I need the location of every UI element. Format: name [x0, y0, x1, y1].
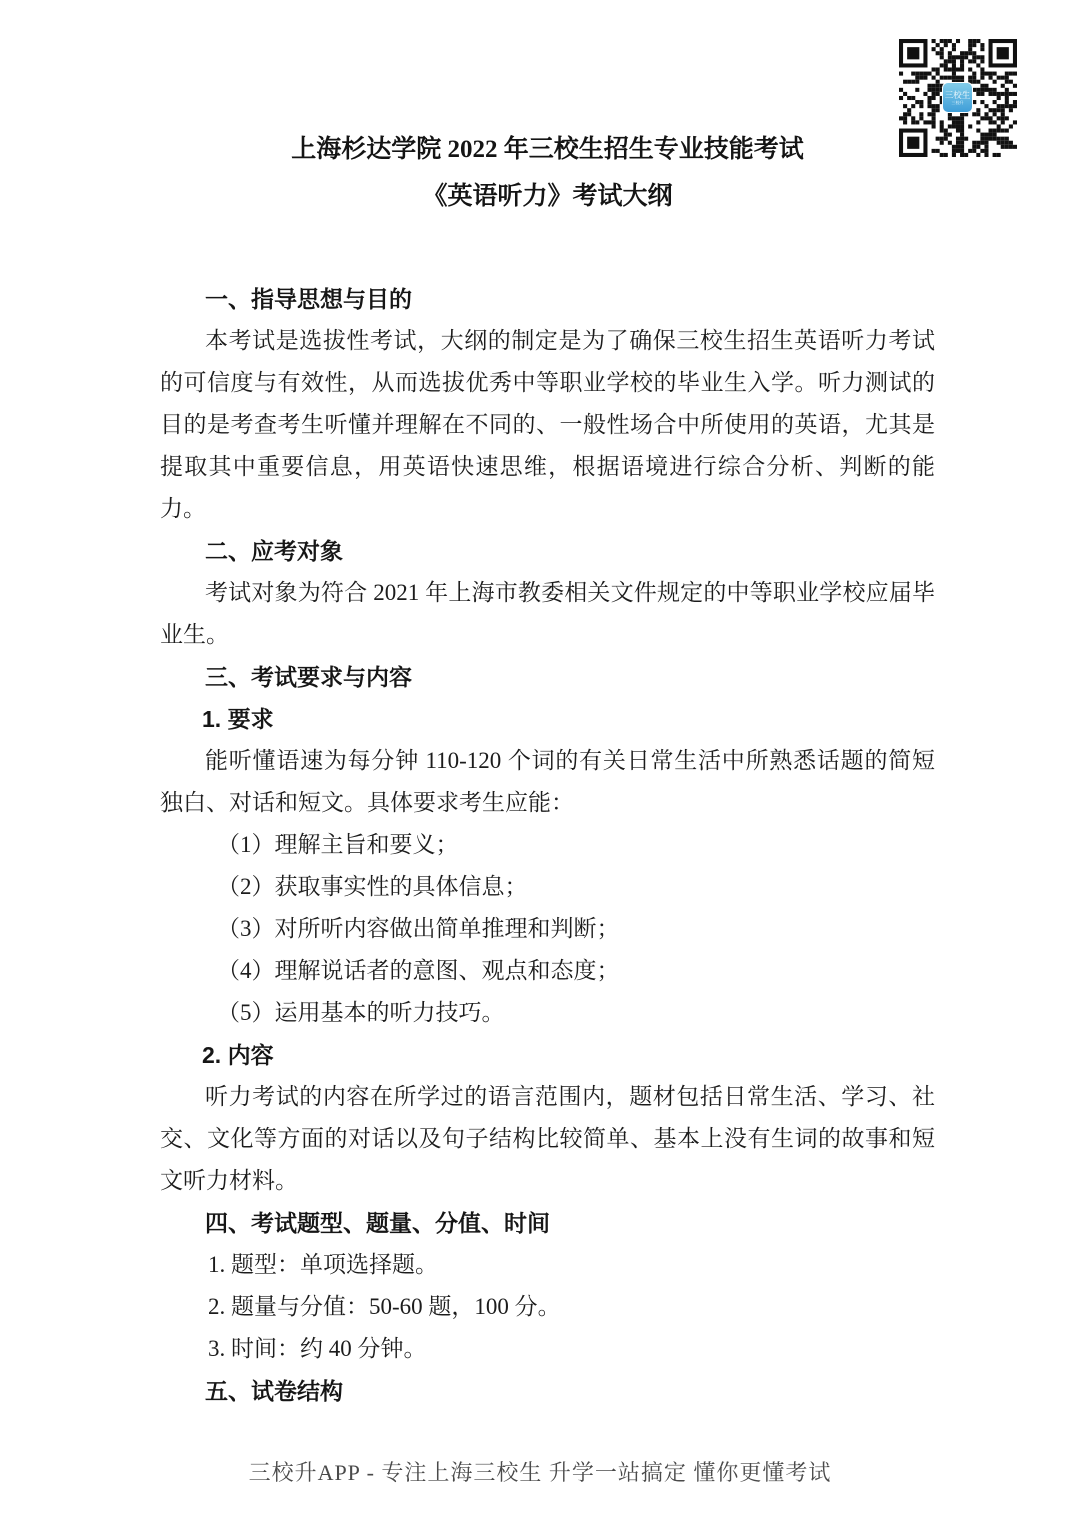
- qr-logo-text: 三校生: [945, 90, 971, 100]
- document-title: 上海杉达学院 2022 年三校生招生专业技能考试 《英语听力》考试大纲: [160, 126, 935, 220]
- numbered-item: 3. 时间：约 40 分钟。: [160, 1328, 935, 1370]
- section-heading-1: 一、指导思想与目的: [160, 278, 935, 320]
- numbered-item: 2. 题量与分值：50-60 题，100 分。: [160, 1286, 935, 1328]
- list-item: （5）运用基本的听力技巧。: [160, 992, 935, 1034]
- document-title-line1: 上海杉达学院 2022 年三校生招生专业技能考试: [160, 126, 935, 173]
- section-heading-4: 四、考试题型、题量、分值、时间: [160, 1202, 935, 1244]
- list-item: （4）理解说话者的意图、观点和态度；: [160, 950, 935, 992]
- paragraph: 考试对象为符合 2021 年上海市教委相关文件规定的中等职业学校应届毕业生。: [160, 572, 935, 656]
- document-page: 三校生 三校升 上海杉达学院 2022 年三校生招生专业技能考试 《英语听力》考…: [0, 0, 1080, 1527]
- section-heading-2: 二、应考对象: [160, 530, 935, 572]
- numbered-item: 1. 题型：单项选择题。: [160, 1244, 935, 1286]
- section-heading-3: 三、考试要求与内容: [160, 656, 935, 698]
- paragraph: 能听懂语速为每分钟 110-120 个词的有关日常生活中所熟悉话题的简短独白、对…: [160, 740, 935, 824]
- document-title-line2: 《英语听力》考试大纲: [160, 173, 935, 220]
- section-heading-5: 五、试卷结构: [160, 1370, 935, 1412]
- paragraph: 本考试是选拔性考试，大纲的制定是为了确保三校生招生英语听力考试的可信度与有效性，…: [160, 320, 935, 530]
- document-body: 一、指导思想与目的 本考试是选拔性考试，大纲的制定是为了确保三校生招生英语听力考…: [160, 278, 935, 1412]
- list-item: （3）对所听内容做出简单推理和判断；: [160, 908, 935, 950]
- list-item: （2）获取事实性的具体信息；: [160, 866, 935, 908]
- qr-logo: 三校生 三校升: [942, 82, 973, 113]
- footer-watermark: 三校升APP - 专注上海三校生 升学一站搞定 懂你更懂考试: [0, 1452, 1080, 1494]
- paragraph: 听力考试的内容在所学过的语言范围内，题材包括日常生活、学习、社交、文化等方面的对…: [160, 1076, 935, 1202]
- list-item: （1）理解主旨和要义；: [160, 824, 935, 866]
- qr-logo-subtext: 三校升: [952, 100, 964, 105]
- subsection-heading: 1. 要求: [160, 698, 935, 740]
- subsection-heading: 2. 内容: [160, 1034, 935, 1076]
